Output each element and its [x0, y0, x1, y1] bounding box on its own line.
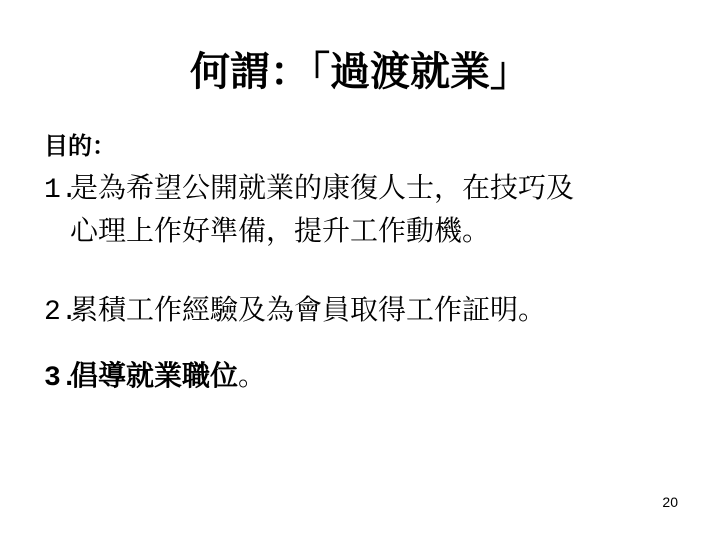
list-item-text-line-2: 心理上作好準備，提升工作動機。 [70, 214, 490, 247]
list-number: 1. [44, 171, 70, 211]
slide-title: 何謂：「過渡就業」 [0, 44, 720, 100]
list-item-3: 3.倡導就業職位。 [44, 356, 266, 399]
list-number: 3. [44, 359, 70, 399]
list-item-text: 累積工作經驗及為會員取得工作証明。 [70, 293, 546, 326]
list-item-1: 1.是為希望公開就業的康復人士，在技巧及 心理上作好準備，提升工作動機。 [44, 168, 574, 251]
page-number: 20 [662, 494, 678, 510]
slide-body: 目的： 1.是為希望公開就業的康復人士，在技巧及 心理上作好準備，提升工作動機。… [44, 130, 684, 166]
list-number: 2. [44, 293, 70, 333]
list-item-2: 2.累積工作經驗及為會員取得工作証明。 [44, 290, 546, 333]
purpose-heading: 目的： [44, 130, 684, 166]
list-item-text-line-1: 是為希望公開就業的康復人士，在技巧及 [70, 171, 574, 204]
list-item-text: 倡導就業職位 [70, 359, 238, 392]
list-item-suffix: 。 [238, 359, 266, 392]
